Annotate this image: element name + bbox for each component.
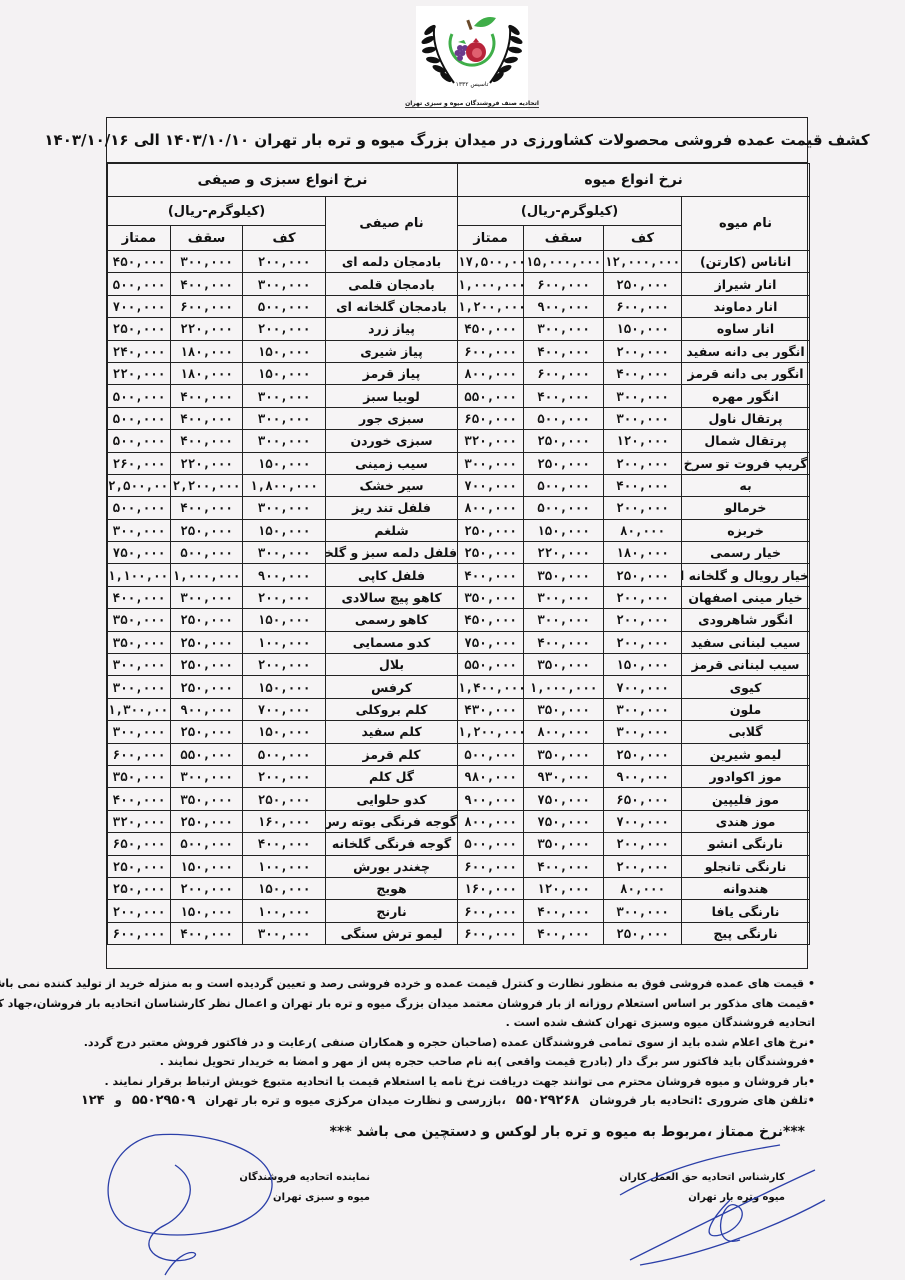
veg-premium-price-cell: ۳۰۰,۰۰۰ xyxy=(108,676,171,698)
fruit-name-cell: موز فلیپین xyxy=(682,788,810,810)
premium-rate-note: ***نرخ ممتاز ،مربوط به میوه و تره بار لو… xyxy=(330,1124,805,1140)
veg-premium-price-cell: ۲۵۰,۰۰۰ xyxy=(108,877,171,899)
fruit-min-header: کف xyxy=(604,226,682,251)
fruit-premium-price-cell: ۳۵۰,۰۰۰ xyxy=(458,586,524,608)
footnote-line: •نرخ های اعلام شده باید از سوی تمامی فرو… xyxy=(105,1033,815,1053)
fruit-name-cell: انگور مهره xyxy=(682,385,810,407)
fruit-premium-price-cell: ۱,۰۰۰,۰۰۰ xyxy=(458,273,524,295)
veg-premium-price-cell: ۳۰۰,۰۰۰ xyxy=(108,721,171,743)
fruit-min-price-cell: ۴۰۰,۰۰۰ xyxy=(604,362,682,384)
veg-premium-price-cell: ۳۵۰,۰۰۰ xyxy=(108,631,171,653)
veg-premium-price-cell: ۶۵۰,۰۰۰ xyxy=(108,833,171,855)
veg-premium-price-cell: ۶۰۰,۰۰۰ xyxy=(108,922,171,944)
veg-premium-price-cell: ۶۰۰,۰۰۰ xyxy=(108,743,171,765)
phone-numbers-line: •تلفن های ضروری :اتحادیه بار فروشان ۵۵۰۲… xyxy=(105,1091,815,1111)
veg-premium-price-cell: ۵۰۰,۰۰۰ xyxy=(108,385,171,407)
laurel-fruit-emblem-icon xyxy=(416,6,528,110)
signature-block-left: نماینده اتحادیه فروشندگان میوه و سبزی ته… xyxy=(140,1168,370,1208)
fruit-min-price-cell: ۶۰۰,۰۰۰ xyxy=(604,295,682,317)
fruit-premium-price-cell: ۴۳۰,۰۰۰ xyxy=(458,698,524,720)
signature-left-line1: نماینده اتحادیه فروشندگان xyxy=(140,1168,370,1188)
fruit-max-price-cell: ۴۰۰,۰۰۰ xyxy=(524,385,604,407)
fruit-name-cell: خیار مینی اصفهان xyxy=(682,586,810,608)
fruit-premium-price-cell: ۲۵۰,۰۰۰ xyxy=(458,519,524,541)
document-title: کشف قیمت عمده فروشی محصولات کشاورزی در م… xyxy=(107,118,807,163)
fruit-name-cell: انگور شاهرودی xyxy=(682,609,810,631)
veg-name-header: نام صیفی xyxy=(326,197,458,251)
fruit-min-price-cell: ۸۰,۰۰۰ xyxy=(604,877,682,899)
fruit-min-price-cell: ۱۲۰,۰۰۰ xyxy=(604,430,682,452)
veg-premium-price-cell: ۲۲۰,۰۰۰ xyxy=(108,362,171,384)
veg-min-price-cell: ۲۰۰,۰۰۰ xyxy=(243,318,326,340)
veg-name-cell: کلم بروکلی xyxy=(326,698,458,720)
veg-premium-price-cell: ۳۵۰,۰۰۰ xyxy=(108,609,171,631)
fruit-name-cell: انگور بی دانه سفید xyxy=(682,340,810,362)
veg-max-price-cell: ۱,۰۰۰,۰۰۰ xyxy=(171,564,243,586)
fruit-max-header: سقف xyxy=(524,226,604,251)
table-row: نارنگی پیج۲۵۰,۰۰۰۴۰۰,۰۰۰۶۰۰,۰۰۰لیمو ترش … xyxy=(108,922,810,944)
veg-premium-price-cell: ۴۰۰,۰۰۰ xyxy=(108,788,171,810)
table-row: نارنگی یافا۳۰۰,۰۰۰۴۰۰,۰۰۰۶۰۰,۰۰۰نارنج۱۰۰… xyxy=(108,900,810,922)
fruit-min-price-cell: ۹۰۰,۰۰۰ xyxy=(604,765,682,787)
fruit-max-price-cell: ۳۵۰,۰۰۰ xyxy=(524,743,604,765)
fruit-name-cell: خیار رسمی xyxy=(682,542,810,564)
fruit-min-price-cell: ۲۵۰,۰۰۰ xyxy=(604,922,682,944)
fruit-max-price-cell: ۹۳۰,۰۰۰ xyxy=(524,765,604,787)
fruit-section-title: نرخ انواع میوه xyxy=(458,164,810,197)
veg-name-cell: فلفل کاپی xyxy=(326,564,458,586)
veg-min-price-cell: ۱۵۰,۰۰۰ xyxy=(243,452,326,474)
footnote-line: •قیمت های مذکور بر اساس استعلام روزانه ا… xyxy=(105,994,815,1014)
veg-min-price-cell: ۱۵۰,۰۰۰ xyxy=(243,519,326,541)
veg-name-cell: بادمجان دلمه ای xyxy=(326,251,458,273)
veg-premium-price-cell: ۳۰۰,۰۰۰ xyxy=(108,519,171,541)
veg-name-cell: فلفل تند ریز xyxy=(326,497,458,519)
veg-premium-price-cell: ۲۰۰,۰۰۰ xyxy=(108,900,171,922)
veg-max-price-cell: ۵۰۰,۰۰۰ xyxy=(171,833,243,855)
veg-max-price-cell: ۵۵۰,۰۰۰ xyxy=(171,743,243,765)
veg-min-price-cell: ۵۰۰,۰۰۰ xyxy=(243,295,326,317)
fruit-max-price-cell: ۳۰۰,۰۰۰ xyxy=(524,318,604,340)
fruit-min-price-cell: ۴۰۰,۰۰۰ xyxy=(604,474,682,496)
table-row: خیار مینی اصفهان۲۰۰,۰۰۰۳۰۰,۰۰۰۳۵۰,۰۰۰کاه… xyxy=(108,586,810,608)
fruit-max-price-cell: ۳۰۰,۰۰۰ xyxy=(524,609,604,631)
veg-min-price-cell: ۳۰۰,۰۰۰ xyxy=(243,430,326,452)
veg-name-cell: کرفس xyxy=(326,676,458,698)
fruit-max-price-cell: ۳۵۰,۰۰۰ xyxy=(524,564,604,586)
fruit-max-price-cell: ۳۵۰,۰۰۰ xyxy=(524,654,604,676)
fruit-name-cell: کیوی xyxy=(682,676,810,698)
table-row: خربزه۸۰,۰۰۰۱۵۰,۰۰۰۲۵۰,۰۰۰شلغم۱۵۰,۰۰۰۲۵۰,… xyxy=(108,519,810,541)
fruit-max-price-cell: ۴۰۰,۰۰۰ xyxy=(524,900,604,922)
fruit-max-price-cell: ۶۰۰,۰۰۰ xyxy=(524,362,604,384)
veg-max-price-cell: ۲۲۰,۰۰۰ xyxy=(171,452,243,474)
fruit-name-cell: ملون xyxy=(682,698,810,720)
veg-min-price-cell: ۲۰۰,۰۰۰ xyxy=(243,251,326,273)
veg-name-cell: سیب زمینی xyxy=(326,452,458,474)
table-row: گلابی۳۰۰,۰۰۰۸۰۰,۰۰۰۱,۲۰۰,۰۰۰کلم سفید۱۵۰,… xyxy=(108,721,810,743)
table-row: به۴۰۰,۰۰۰۵۰۰,۰۰۰۷۰۰,۰۰۰سیر خشک۱,۸۰۰,۰۰۰۲… xyxy=(108,474,810,496)
fruit-premium-price-cell: ۲۵۰,۰۰۰ xyxy=(458,542,524,564)
fruit-min-price-cell: ۱۸۰,۰۰۰ xyxy=(604,542,682,564)
veg-name-cell: گوجه فرنگی بوته رس xyxy=(326,810,458,832)
veg-section-title: نرخ انواع سبزی و صیفی xyxy=(108,164,458,197)
footnote-line: اتحادیه فروشندگان میوه وسبزی تهران کشف ش… xyxy=(105,1013,815,1033)
signature-block-right: کارشناس اتحادیه حق العمل کاران میوه وتره… xyxy=(585,1168,785,1208)
fruit-max-price-cell: ۴۰۰,۰۰۰ xyxy=(524,855,604,877)
fruit-max-price-cell: ۱۵۰,۰۰۰ xyxy=(524,519,604,541)
veg-max-price-cell: ۲۵۰,۰۰۰ xyxy=(171,609,243,631)
fruit-max-price-cell: ۲۵۰,۰۰۰ xyxy=(524,430,604,452)
signature-right-line1: کارشناس اتحادیه حق العمل کاران xyxy=(585,1168,785,1188)
table-row: انار ساوه۱۵۰,۰۰۰۳۰۰,۰۰۰۴۵۰,۰۰۰پیاز زرد۲۰… xyxy=(108,318,810,340)
table-row: موز هندی۷۰۰,۰۰۰۷۵۰,۰۰۰۸۰۰,۰۰۰گوجه فرنگی … xyxy=(108,810,810,832)
fruit-min-price-cell: ۲۰۰,۰۰۰ xyxy=(604,340,682,362)
veg-unit-header: (کیلوگرم-ریال) xyxy=(108,197,326,226)
footnote-line: •فروشندگان باید فاکتور سر برگ دار (بادرج… xyxy=(105,1052,815,1072)
veg-max-header: سقف xyxy=(171,226,243,251)
veg-name-cell: پیاز زرد xyxy=(326,318,458,340)
fruit-min-price-cell: ۲۵۰,۰۰۰ xyxy=(604,273,682,295)
fruit-min-price-cell: ۲۵۰,۰۰۰ xyxy=(604,564,682,586)
fruit-min-price-cell: ۲۰۰,۰۰۰ xyxy=(604,833,682,855)
veg-max-price-cell: ۱۵۰,۰۰۰ xyxy=(171,900,243,922)
fruit-premium-price-cell: ۴۵۰,۰۰۰ xyxy=(458,609,524,631)
fruit-name-cell: پرتقال ناول xyxy=(682,407,810,429)
veg-min-price-cell: ۱۶۰,۰۰۰ xyxy=(243,810,326,832)
veg-min-price-cell: ۳۰۰,۰۰۰ xyxy=(243,497,326,519)
veg-max-price-cell: ۲۵۰,۰۰۰ xyxy=(171,721,243,743)
veg-name-cell: پیاز شیری xyxy=(326,340,458,362)
fruit-premium-price-cell: ۹۰۰,۰۰۰ xyxy=(458,788,524,810)
table-row: گریپ فروت تو سرخ۲۰۰,۰۰۰۲۵۰,۰۰۰۳۰۰,۰۰۰سیب… xyxy=(108,452,810,474)
fruit-premium-price-cell: ۳۰۰,۰۰۰ xyxy=(458,452,524,474)
veg-min-price-cell: ۳۰۰,۰۰۰ xyxy=(243,922,326,944)
fruit-max-price-cell: ۵۰۰,۰۰۰ xyxy=(524,474,604,496)
veg-max-price-cell: ۴۰۰,۰۰۰ xyxy=(171,497,243,519)
veg-name-cell: نارنج xyxy=(326,900,458,922)
veg-min-price-cell: ۳۰۰,۰۰۰ xyxy=(243,407,326,429)
veg-max-price-cell: ۹۰۰,۰۰۰ xyxy=(171,698,243,720)
fruit-premium-price-cell: ۶۵۰,۰۰۰ xyxy=(458,407,524,429)
veg-min-price-cell: ۴۰۰,۰۰۰ xyxy=(243,833,326,855)
fruit-min-price-cell: ۲۰۰,۰۰۰ xyxy=(604,497,682,519)
veg-premium-price-cell: ۳۵۰,۰۰۰ xyxy=(108,765,171,787)
table-row: پرتقال ناول۳۰۰,۰۰۰۵۰۰,۰۰۰۶۵۰,۰۰۰سبزی جور… xyxy=(108,407,810,429)
veg-name-cell: شلغم xyxy=(326,519,458,541)
and-text: و xyxy=(115,1093,122,1107)
price-table-body: اناناس (کارتن)۱۲,۰۰۰,۰۰۰۱۵,۰۰۰,۰۰۰۱۷,۵۰۰… xyxy=(108,251,810,945)
veg-min-price-cell: ۱۵۰,۰۰۰ xyxy=(243,721,326,743)
inspection-label: ،بازرسی و نظارت میدان مرکزی میوه و تره ب… xyxy=(205,1093,506,1107)
veg-premium-price-cell: ۵۰۰,۰۰۰ xyxy=(108,273,171,295)
fruit-name-cell: موز اکوادور xyxy=(682,765,810,787)
veg-name-cell: کاهو رسمی xyxy=(326,609,458,631)
veg-max-price-cell: ۲۵۰,۰۰۰ xyxy=(171,519,243,541)
fruit-max-price-cell: ۱۲۰,۰۰۰ xyxy=(524,877,604,899)
veg-name-cell: کلم سفید xyxy=(326,721,458,743)
logo-established-year: تاسیس ۱۳۳۲ xyxy=(416,81,528,88)
fruit-min-price-cell: ۷۰۰,۰۰۰ xyxy=(604,810,682,832)
fruit-name-cell: به xyxy=(682,474,810,496)
fruit-name-cell: لیمو شیرین xyxy=(682,743,810,765)
fruit-min-price-cell: ۶۵۰,۰۰۰ xyxy=(604,788,682,810)
fruit-max-price-cell: ۲۵۰,۰۰۰ xyxy=(524,452,604,474)
table-row: انگور مهره۳۰۰,۰۰۰۴۰۰,۰۰۰۵۵۰,۰۰۰لوبیا سبز… xyxy=(108,385,810,407)
fruit-premium-price-cell: ۴۰۰,۰۰۰ xyxy=(458,564,524,586)
veg-max-price-cell: ۱۸۰,۰۰۰ xyxy=(171,362,243,384)
fruit-premium-price-cell: ۶۰۰,۰۰۰ xyxy=(458,340,524,362)
fruit-max-price-cell: ۶۰۰,۰۰۰ xyxy=(524,273,604,295)
veg-min-price-cell: ۳۰۰,۰۰۰ xyxy=(243,542,326,564)
table-row: ملون۳۰۰,۰۰۰۳۵۰,۰۰۰۴۳۰,۰۰۰کلم بروکلی۷۰۰,۰… xyxy=(108,698,810,720)
fruit-premium-price-cell: ۸۰۰,۰۰۰ xyxy=(458,810,524,832)
veg-premium-price-cell: ۵۰۰,۰۰۰ xyxy=(108,407,171,429)
table-row: نارنگی تانجلو۲۰۰,۰۰۰۴۰۰,۰۰۰۶۰۰,۰۰۰چغندر … xyxy=(108,855,810,877)
veg-max-price-cell: ۲۰۰,۰۰۰ xyxy=(171,877,243,899)
veg-name-cell: بادمجان قلمی xyxy=(326,273,458,295)
veg-name-cell: هویج xyxy=(326,877,458,899)
logo-caption: اتحادیه صنف فروشندگان میوه و سبزی تهران xyxy=(405,100,539,108)
table-row: خیار رویال و گلخانه ای۲۵۰,۰۰۰۳۵۰,۰۰۰۴۰۰,… xyxy=(108,564,810,586)
table-row: انگور بی دانه قرمز۴۰۰,۰۰۰۶۰۰,۰۰۰۸۰۰,۰۰۰پ… xyxy=(108,362,810,384)
fruit-premium-price-cell: ۳۲۰,۰۰۰ xyxy=(458,430,524,452)
veg-name-cell: کدو مسمایی xyxy=(326,631,458,653)
veg-min-price-cell: ۱۵۰,۰۰۰ xyxy=(243,362,326,384)
veg-max-price-cell: ۴۰۰,۰۰۰ xyxy=(171,273,243,295)
veg-min-price-cell: ۱۰۰,۰۰۰ xyxy=(243,900,326,922)
veg-max-price-cell: ۱۵۰,۰۰۰ xyxy=(171,855,243,877)
fruit-premium-price-cell: ۶۰۰,۰۰۰ xyxy=(458,922,524,944)
fruit-name-cell: نارنگی یافا xyxy=(682,900,810,922)
veg-max-price-cell: ۴۰۰,۰۰۰ xyxy=(171,922,243,944)
fruit-premium-price-cell: ۱۷,۵۰۰,۰۰۰ xyxy=(458,251,524,273)
fruit-min-price-cell: ۳۰۰,۰۰۰ xyxy=(604,698,682,720)
fruit-max-price-cell: ۲۲۰,۰۰۰ xyxy=(524,542,604,564)
fruit-min-price-cell: ۳۰۰,۰۰۰ xyxy=(604,900,682,922)
veg-min-price-cell: ۲۰۰,۰۰۰ xyxy=(243,765,326,787)
table-row: هندوانه۸۰,۰۰۰۱۲۰,۰۰۰۱۶۰,۰۰۰هویج۱۵۰,۰۰۰۲۰… xyxy=(108,877,810,899)
veg-max-price-cell: ۲,۲۰۰,۰۰۰ xyxy=(171,474,243,496)
table-row: سیب لبنانی قرمز۱۵۰,۰۰۰۳۵۰,۰۰۰۵۵۰,۰۰۰بلال… xyxy=(108,654,810,676)
table-row: نارنگی انشو۲۰۰,۰۰۰۳۵۰,۰۰۰۵۰۰,۰۰۰گوجه فرن… xyxy=(108,833,810,855)
price-table: نرخ انواع میوه نرخ انواع سبزی و صیفی نام… xyxy=(107,163,810,945)
fruit-premium-price-cell: ۶۰۰,۰۰۰ xyxy=(458,855,524,877)
table-row: لیمو شیرین۲۵۰,۰۰۰۳۵۰,۰۰۰۵۰۰,۰۰۰کلم قرمز۵… xyxy=(108,743,810,765)
veg-max-price-cell: ۴۰۰,۰۰۰ xyxy=(171,385,243,407)
veg-max-price-cell: ۵۰۰,۰۰۰ xyxy=(171,542,243,564)
footnotes: • قیمت های عمده فروشی فوق به منظور نظارت… xyxy=(105,974,815,1111)
fruit-name-cell: انار دماوند xyxy=(682,295,810,317)
veg-name-cell: چغندر بورش xyxy=(326,855,458,877)
veg-name-cell: بلال xyxy=(326,654,458,676)
veg-max-price-cell: ۴۰۰,۰۰۰ xyxy=(171,430,243,452)
veg-min-price-cell: ۱,۸۰۰,۰۰۰ xyxy=(243,474,326,496)
veg-premium-price-cell: ۳۲۰,۰۰۰ xyxy=(108,810,171,832)
fruit-unit-header: (کیلوگرم-ریال) xyxy=(458,197,682,226)
veg-name-cell: سبزی خوردن xyxy=(326,430,458,452)
price-sheet-page: تاسیس ۱۳۳۲ اتحادیه صنف فروشندگان میوه و … xyxy=(0,0,905,1280)
veg-max-price-cell: ۶۰۰,۰۰۰ xyxy=(171,295,243,317)
veg-max-price-cell: ۱۸۰,۰۰۰ xyxy=(171,340,243,362)
fruit-premium-price-cell: ۸۰۰,۰۰۰ xyxy=(458,362,524,384)
fruit-name-cell: خربزه xyxy=(682,519,810,541)
fruit-name-cell: هندوانه xyxy=(682,877,810,899)
veg-max-price-cell: ۳۰۰,۰۰۰ xyxy=(171,251,243,273)
fruit-max-price-cell: ۱۵,۰۰۰,۰۰۰ xyxy=(524,251,604,273)
veg-min-price-cell: ۳۰۰,۰۰۰ xyxy=(243,273,326,295)
veg-max-price-cell: ۳۵۰,۰۰۰ xyxy=(171,788,243,810)
veg-premium-price-cell: ۱,۱۰۰,۰۰۰ xyxy=(108,564,171,586)
fruit-max-price-cell: ۴۰۰,۰۰۰ xyxy=(524,631,604,653)
table-row: پرتقال شمال۱۲۰,۰۰۰۲۵۰,۰۰۰۳۲۰,۰۰۰سبزی خور… xyxy=(108,430,810,452)
veg-name-cell: گل کلم xyxy=(326,765,458,787)
veg-name-cell: کلم قرمز xyxy=(326,743,458,765)
fruit-name-cell: گریپ فروت تو سرخ xyxy=(682,452,810,474)
table-row: کیوی۷۰۰,۰۰۰۱,۰۰۰,۰۰۰۱,۴۰۰,۰۰۰کرفس۱۵۰,۰۰۰… xyxy=(108,676,810,698)
fruit-min-price-cell: ۱۲,۰۰۰,۰۰۰ xyxy=(604,251,682,273)
fruit-min-price-cell: ۲۰۰,۰۰۰ xyxy=(604,631,682,653)
fruit-premium-price-cell: ۷۵۰,۰۰۰ xyxy=(458,631,524,653)
fruit-name-cell: سیب لبنانی سفید xyxy=(682,631,810,653)
table-row: خرمالو۲۰۰,۰۰۰۵۰۰,۰۰۰۸۰۰,۰۰۰فلفل تند ریز۳… xyxy=(108,497,810,519)
table-row: موز اکوادور۹۰۰,۰۰۰۹۳۰,۰۰۰۹۸۰,۰۰۰گل کلم۲۰… xyxy=(108,765,810,787)
veg-premium-price-cell: ۷۰۰,۰۰۰ xyxy=(108,295,171,317)
veg-min-price-cell: ۱۵۰,۰۰۰ xyxy=(243,877,326,899)
veg-premium-price-cell: ۴۵۰,۰۰۰ xyxy=(108,251,171,273)
fruit-name-cell: خیار رویال و گلخانه ای xyxy=(682,564,810,586)
fruit-name-cell: اناناس (کارتن) xyxy=(682,251,810,273)
veg-premium-price-cell: ۵۰۰,۰۰۰ xyxy=(108,497,171,519)
veg-premium-price-cell: ۱,۳۰۰,۰۰۰ xyxy=(108,698,171,720)
fruit-premium-price-cell: ۵۰۰,۰۰۰ xyxy=(458,833,524,855)
fruit-premium-price-cell: ۴۵۰,۰۰۰ xyxy=(458,318,524,340)
fruit-min-price-cell: ۳۰۰,۰۰۰ xyxy=(604,385,682,407)
fruit-name-cell: انار شیراز xyxy=(682,273,810,295)
short-code-phone: ۱۲۴ xyxy=(81,1093,105,1108)
veg-premium-price-cell: ۲۵۰,۰۰۰ xyxy=(108,318,171,340)
fruit-min-price-cell: ۸۰,۰۰۰ xyxy=(604,519,682,541)
fruit-name-cell: پرتقال شمال xyxy=(682,430,810,452)
veg-name-cell: پیاز قرمز xyxy=(326,362,458,384)
veg-max-price-cell: ۳۰۰,۰۰۰ xyxy=(171,586,243,608)
veg-min-price-cell: ۱۵۰,۰۰۰ xyxy=(243,340,326,362)
veg-premium-price-cell: ۵۰۰,۰۰۰ xyxy=(108,430,171,452)
veg-name-cell: فلفل دلمه سبز و گلخانه xyxy=(326,542,458,564)
fruit-min-price-cell: ۳۰۰,۰۰۰ xyxy=(604,407,682,429)
fruit-premium-price-cell: ۱۶۰,۰۰۰ xyxy=(458,877,524,899)
veg-name-cell: گوجه فرنگی گلخانه xyxy=(326,833,458,855)
fruit-max-price-cell: ۵۰۰,۰۰۰ xyxy=(524,497,604,519)
footnote-line: • قیمت های عمده فروشی فوق به منظور نظارت… xyxy=(105,974,815,994)
fruit-premium-header: ممتاز xyxy=(458,226,524,251)
table-row: خیار رسمی۱۸۰,۰۰۰۲۲۰,۰۰۰۲۵۰,۰۰۰فلفل دلمه … xyxy=(108,542,810,564)
fruit-name-cell: موز هندی xyxy=(682,810,810,832)
table-row: موز فلیپین۶۵۰,۰۰۰۷۵۰,۰۰۰۹۰۰,۰۰۰کدو حلوای… xyxy=(108,788,810,810)
veg-max-price-cell: ۲۵۰,۰۰۰ xyxy=(171,631,243,653)
fruit-premium-price-cell: ۵۵۰,۰۰۰ xyxy=(458,385,524,407)
veg-premium-price-cell: ۲,۵۰۰,۰۰۰ xyxy=(108,474,171,496)
table-row: انگور بی دانه سفید۲۰۰,۰۰۰۴۰۰,۰۰۰۶۰۰,۰۰۰پ… xyxy=(108,340,810,362)
table-row: انار دماوند۶۰۰,۰۰۰۹۰۰,۰۰۰۱,۲۰۰,۰۰۰بادمجا… xyxy=(108,295,810,317)
fruit-min-price-cell: ۱۵۰,۰۰۰ xyxy=(604,318,682,340)
veg-max-price-cell: ۲۵۰,۰۰۰ xyxy=(171,810,243,832)
veg-min-header: کف xyxy=(243,226,326,251)
fruit-name-cell: انار ساوه xyxy=(682,318,810,340)
fruit-premium-price-cell: ۱,۲۰۰,۰۰۰ xyxy=(458,721,524,743)
veg-premium-price-cell: ۷۵۰,۰۰۰ xyxy=(108,542,171,564)
fruit-min-price-cell: ۲۰۰,۰۰۰ xyxy=(604,609,682,631)
veg-min-price-cell: ۳۰۰,۰۰۰ xyxy=(243,385,326,407)
fruit-max-price-cell: ۴۰۰,۰۰۰ xyxy=(524,340,604,362)
veg-max-price-cell: ۲۵۰,۰۰۰ xyxy=(171,676,243,698)
inspection-phone: ۵۵۰۲۹۵۰۹ xyxy=(132,1093,195,1108)
signature-left-line2: میوه و سبزی تهران xyxy=(140,1188,370,1208)
fruit-min-price-cell: ۱۵۰,۰۰۰ xyxy=(604,654,682,676)
veg-min-price-cell: ۱۰۰,۰۰۰ xyxy=(243,855,326,877)
veg-min-price-cell: ۱۵۰,۰۰۰ xyxy=(243,676,326,698)
fruit-min-price-cell: ۲۵۰,۰۰۰ xyxy=(604,743,682,765)
fruit-premium-price-cell: ۱,۲۰۰,۰۰۰ xyxy=(458,295,524,317)
fruit-min-price-cell: ۲۰۰,۰۰۰ xyxy=(604,586,682,608)
fruit-min-price-cell: ۳۰۰,۰۰۰ xyxy=(604,721,682,743)
union-logo: تاسیس ۱۳۳۲ اتحادیه صنف فروشندگان میوه و … xyxy=(416,6,528,110)
veg-min-price-cell: ۲۰۰,۰۰۰ xyxy=(243,654,326,676)
fruit-max-price-cell: ۱,۰۰۰,۰۰۰ xyxy=(524,676,604,698)
veg-premium-header: ممتاز xyxy=(108,226,171,251)
veg-premium-price-cell: ۲۵۰,۰۰۰ xyxy=(108,855,171,877)
fruit-name-cell: نارنگی تانجلو xyxy=(682,855,810,877)
fruit-max-price-cell: ۳۰۰,۰۰۰ xyxy=(524,586,604,608)
veg-name-cell: کاهو پیچ سالادی xyxy=(326,586,458,608)
veg-max-price-cell: ۲۲۰,۰۰۰ xyxy=(171,318,243,340)
veg-premium-price-cell: ۲۴۰,۰۰۰ xyxy=(108,340,171,362)
footnote-line: •بار فروشان و میوه فروشان محترم می توانن… xyxy=(105,1072,815,1092)
fruit-name-cell: گلابی xyxy=(682,721,810,743)
fruit-max-price-cell: ۴۰۰,۰۰۰ xyxy=(524,922,604,944)
fruit-max-price-cell: ۳۵۰,۰۰۰ xyxy=(524,698,604,720)
fruit-name-cell: انگور بی دانه قرمز xyxy=(682,362,810,384)
veg-name-cell: لیمو ترش سنگی xyxy=(326,922,458,944)
veg-min-price-cell: ۷۰۰,۰۰۰ xyxy=(243,698,326,720)
fruit-min-price-cell: ۷۰۰,۰۰۰ xyxy=(604,676,682,698)
fruit-name-header: نام میوه xyxy=(682,197,810,251)
table-row: انگور شاهرودی۲۰۰,۰۰۰۳۰۰,۰۰۰۴۵۰,۰۰۰کاهو ر… xyxy=(108,609,810,631)
veg-min-price-cell: ۵۰۰,۰۰۰ xyxy=(243,743,326,765)
table-row: سیب لبنانی سفید۲۰۰,۰۰۰۴۰۰,۰۰۰۷۵۰,۰۰۰کدو … xyxy=(108,631,810,653)
fruit-min-price-cell: ۲۰۰,۰۰۰ xyxy=(604,855,682,877)
veg-min-price-cell: ۲۵۰,۰۰۰ xyxy=(243,788,326,810)
fruit-min-price-cell: ۲۰۰,۰۰۰ xyxy=(604,452,682,474)
fruit-max-price-cell: ۹۰۰,۰۰۰ xyxy=(524,295,604,317)
fruit-premium-price-cell: ۸۰۰,۰۰۰ xyxy=(458,497,524,519)
veg-max-price-cell: ۴۰۰,۰۰۰ xyxy=(171,407,243,429)
fruit-max-price-cell: ۳۵۰,۰۰۰ xyxy=(524,833,604,855)
fruit-name-cell: نارنگی پیج xyxy=(682,922,810,944)
veg-max-price-cell: ۲۵۰,۰۰۰ xyxy=(171,654,243,676)
table-row: انار شیراز۲۵۰,۰۰۰۶۰۰,۰۰۰۱,۰۰۰,۰۰۰بادمجان… xyxy=(108,273,810,295)
fruit-max-price-cell: ۷۵۰,۰۰۰ xyxy=(524,810,604,832)
fruit-name-cell: نارنگی انشو xyxy=(682,833,810,855)
fruit-premium-price-cell: ۵۵۰,۰۰۰ xyxy=(458,654,524,676)
veg-max-price-cell: ۳۰۰,۰۰۰ xyxy=(171,765,243,787)
fruit-max-price-cell: ۸۰۰,۰۰۰ xyxy=(524,721,604,743)
veg-name-cell: کدو حلوایی xyxy=(326,788,458,810)
veg-min-price-cell: ۲۰۰,۰۰۰ xyxy=(243,586,326,608)
veg-min-price-cell: ۱۰۰,۰۰۰ xyxy=(243,631,326,653)
fruit-premium-price-cell: ۶۰۰,۰۰۰ xyxy=(458,900,524,922)
fruit-premium-price-cell: ۷۰۰,۰۰۰ xyxy=(458,474,524,496)
